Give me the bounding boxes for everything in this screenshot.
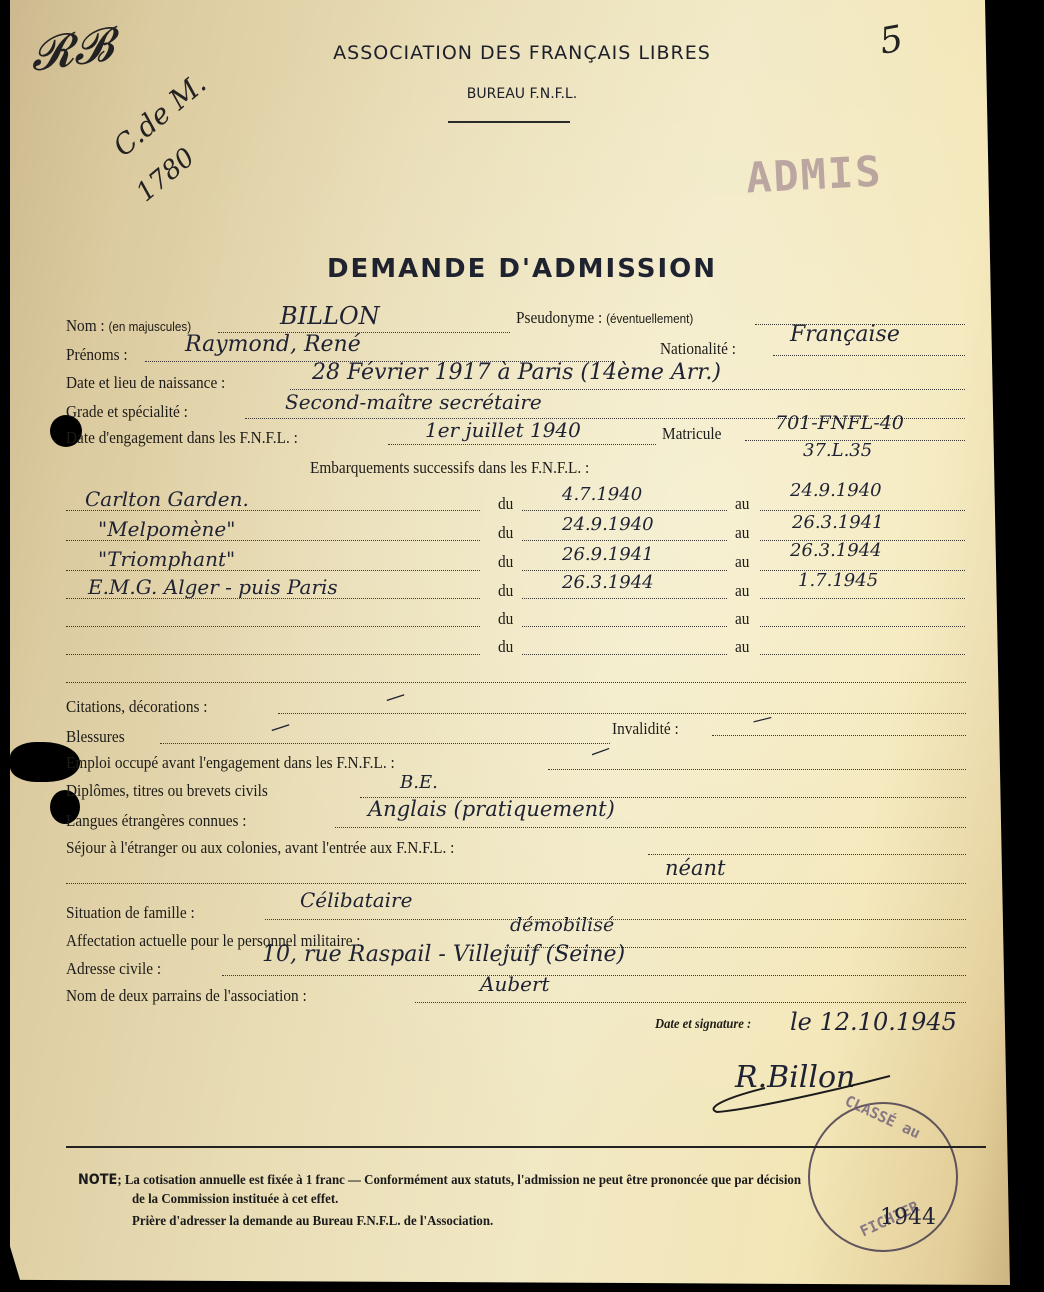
du-line	[522, 570, 727, 571]
date-signature-value[interactable]: le 12.10.1945	[790, 1008, 957, 1036]
du-line	[522, 540, 727, 541]
au-label: au	[735, 581, 749, 601]
grade-value[interactable]: Second-maître secrétaire	[285, 390, 542, 414]
nom-value[interactable]: BILLON	[280, 302, 380, 330]
citations-label: Citations, décorations :	[66, 697, 208, 717]
matricule-value-1[interactable]: 701-FNFL-40	[775, 412, 904, 434]
naissance-value[interactable]: 28 Février 1917 à Paris (14ème Arr.)	[312, 360, 721, 385]
note-head: NOTE	[78, 1172, 117, 1188]
au-label: au	[735, 609, 749, 629]
prenoms-label: Prénoms :	[66, 345, 128, 365]
affectation-value[interactable]: démobilisé	[510, 914, 614, 936]
adresse-label: Adresse civile :	[66, 959, 161, 979]
du-line	[522, 654, 727, 655]
au-label: au	[735, 552, 749, 572]
famille-line	[265, 919, 966, 920]
sejour-line-2	[66, 883, 966, 884]
du-line	[522, 510, 727, 511]
embarquement-from[interactable]: 4.7.1940	[562, 484, 642, 505]
langues-label: Langues étrangères connues :	[66, 811, 247, 831]
au-label: au	[735, 494, 749, 514]
parrains-value[interactable]: Aubert	[480, 972, 550, 996]
embarquement-place[interactable]: "Triomphant"	[98, 547, 235, 571]
sejour-line	[648, 854, 966, 855]
embarquement-to[interactable]: 24.9.1940	[790, 480, 882, 501]
page-title: DEMANDE D'ADMISSION	[0, 254, 1044, 284]
famille-label: Situation de famille :	[66, 903, 195, 923]
du-line	[522, 598, 727, 599]
nom-label: Nom : (en majuscules)	[66, 316, 191, 336]
pseudonyme-label: Pseudonyme : (éventuellement)	[516, 308, 693, 328]
du-label: du	[498, 609, 513, 629]
embarquement-extra-line	[66, 682, 966, 683]
emploi-label: Emploi occupé avant l'engagement dans le…	[66, 753, 395, 773]
adresse-value[interactable]: 10, rue Raspail - Villejuif (Seine)	[262, 942, 625, 967]
initials-annotation: 𝓡𝓑	[27, 16, 118, 83]
engagement-value[interactable]: 1er juillet 1940	[425, 418, 581, 442]
du-label: du	[498, 637, 513, 657]
au-line	[760, 654, 965, 655]
adresse-line	[222, 975, 966, 976]
embarquement-from[interactable]: 26.9.1941	[562, 544, 654, 565]
du-line	[522, 626, 727, 627]
nationalite-label: Nationalité :	[660, 339, 736, 359]
embarquement-from[interactable]: 24.9.1940	[562, 514, 654, 535]
embarquement-place[interactable]: Carlton Garden.	[85, 487, 249, 511]
invalidite-label: Invalidité :	[612, 719, 679, 739]
sejour-label: Séjour à l'étranger ou aux colonies, ava…	[66, 838, 454, 858]
embarquement-place[interactable]: E.M.G. Alger - puis Paris	[88, 575, 338, 599]
au-line	[760, 598, 965, 599]
sejour-value[interactable]: néant	[665, 856, 725, 880]
embarquement-to[interactable]: 26.3.1944	[790, 540, 882, 561]
au-line	[760, 510, 965, 511]
du-label: du	[498, 552, 513, 572]
famille-value[interactable]: Célibataire	[300, 888, 412, 912]
prenoms-value[interactable]: Raymond, René	[185, 332, 361, 357]
note-line-1: NOTE; La cotisation annuelle est fixée à…	[78, 1172, 801, 1189]
emploi-line	[548, 769, 966, 770]
blessures-line	[160, 743, 610, 744]
grade-label: Grade et spécialité :	[66, 402, 188, 422]
matricule-value-2[interactable]: 37.L.35	[803, 440, 872, 461]
parrains-line	[415, 1002, 966, 1003]
header-divider	[448, 121, 570, 123]
du-label: du	[498, 581, 513, 601]
du-label: du	[498, 523, 513, 543]
langues-value[interactable]: Anglais (pratiquement)	[368, 797, 615, 821]
diplomes-label: Diplômes, titres ou brevets civils	[66, 781, 268, 801]
au-label: au	[735, 523, 749, 543]
citations-line	[278, 713, 966, 714]
parrains-label: Nom de deux parrains de l'association :	[66, 986, 307, 1006]
du-label: du	[498, 494, 513, 514]
nationalite-line	[773, 355, 965, 356]
embarquement-to[interactable]: 26.3.1941	[792, 512, 884, 533]
nationalite-value[interactable]: Française	[790, 322, 900, 347]
diplomes-value[interactable]: B.E.	[400, 772, 438, 793]
embarquements-heading: Embarquements successifs dans les F.N.F.…	[310, 458, 589, 478]
engagement-line	[388, 444, 656, 445]
blessures-label: Blessures	[66, 727, 125, 747]
engagement-label: Date d'engagement dans les F.N.F.L. :	[66, 428, 298, 448]
stamp-overwrite: 1944	[880, 1205, 936, 1230]
date-signature-label: Date et signature :	[655, 1017, 751, 1033]
admis-stamp: ADMIS	[745, 146, 884, 202]
matricule-label: Matricule	[662, 424, 721, 444]
embarquement-to[interactable]: 1.7.1945	[798, 570, 878, 591]
note-line-2: de la Commission instituée à cet effet.	[132, 1192, 338, 1208]
embarquement-place[interactable]: "Melpomène"	[98, 517, 235, 541]
au-label: au	[735, 637, 749, 657]
note-divider	[66, 1146, 986, 1148]
embarquement-place-line	[66, 626, 480, 627]
naissance-label: Date et lieu de naissance :	[66, 373, 225, 393]
note-line-3: Prière d'adresser la demande au Bureau F…	[132, 1214, 493, 1230]
au-line	[760, 626, 965, 627]
embarquement-place-line	[66, 654, 480, 655]
embarquement-from[interactable]: 26.3.1944	[562, 572, 654, 593]
invalidite-line	[712, 735, 966, 736]
langues-line	[335, 827, 966, 828]
